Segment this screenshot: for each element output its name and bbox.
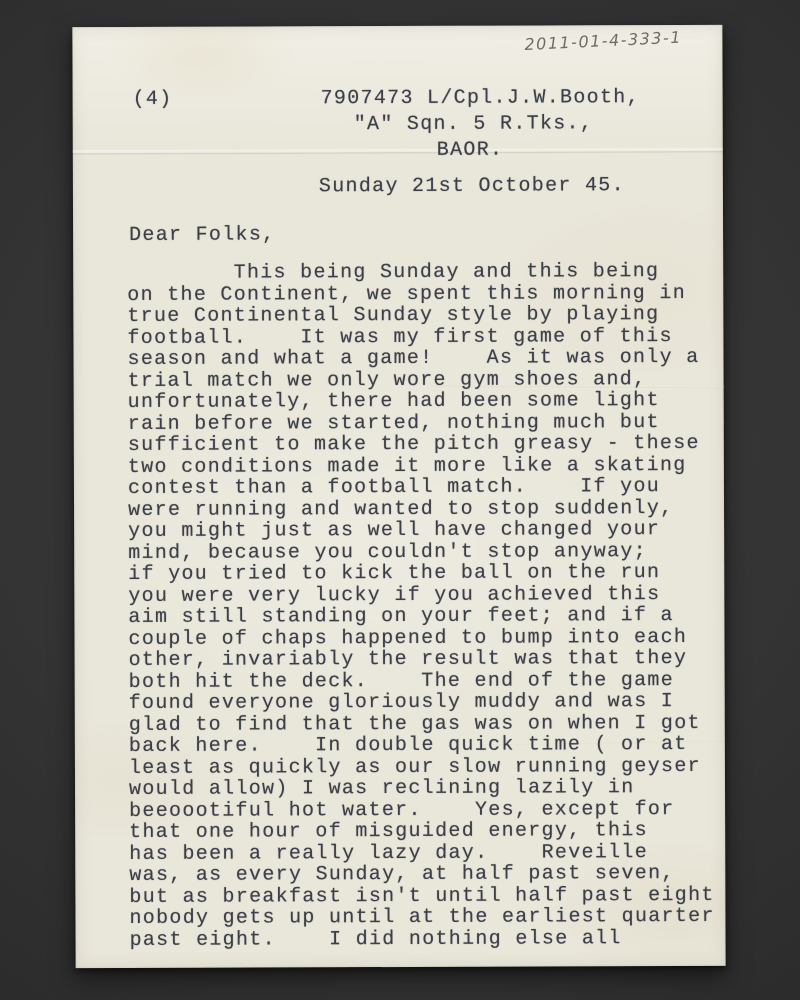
scanned-letter-background: 2011-01-4-333-1 (4) 7907473 L/Cpl.J.W.Bo… xyxy=(0,0,800,1000)
sender-unit-line: "A" Sqn. 5 R.Tks., xyxy=(354,113,594,135)
date-line: Sunday 21st October 45. xyxy=(319,175,625,198)
letter-body: This being Sunday and this being on the … xyxy=(127,261,715,951)
archive-reference-number: 2011-01-4-333-1 xyxy=(524,28,682,54)
letter-body-line: that one hour of misguided energy, this xyxy=(129,820,714,844)
letter-body-line: you might just as well have changed your xyxy=(128,519,713,543)
letter-body-line: nobody gets up until at the earliest qua… xyxy=(129,906,714,930)
letter-body-line: other, invariably the result was that th… xyxy=(129,648,714,672)
salutation: Dear Folks, xyxy=(129,224,275,246)
letter-page: 2011-01-4-333-1 (4) 7907473 L/Cpl.J.W.Bo… xyxy=(72,25,725,968)
letter-body-line: contest than a football match. If you xyxy=(128,476,713,500)
letter-body-line: This being Sunday and this being xyxy=(127,261,712,285)
letter-body-line: past eight. I did nothing else all xyxy=(130,927,715,951)
letter-body-line: aim still standing on your feet; and if … xyxy=(128,605,713,629)
letter-body-line: unfortunately, there had been some light xyxy=(128,390,713,414)
letter-body-line: season and what a game! As it was only a xyxy=(127,347,712,371)
letter-body-line: if you tried to kick the ball on the run xyxy=(128,562,713,586)
letter-body-line: true Continental Sunday style by playing xyxy=(127,304,712,328)
sender-service-number-line: 7907473 L/Cpl.J.W.Booth, xyxy=(321,87,640,110)
letter-body-line: would allow) I was reclining lazily in xyxy=(129,777,714,801)
letter-body-line: was, as every Sunday, at half past seven… xyxy=(129,863,714,887)
letter-body-line: found everyone gloriously muddy and was … xyxy=(129,691,714,715)
page-number: (4) xyxy=(133,89,173,111)
letter-body-line: sufficient to make the pitch greasy - th… xyxy=(128,433,713,457)
fold-crease xyxy=(73,148,723,155)
sender-location-line: BAOR. xyxy=(437,140,504,162)
letter-body-line: back here. In double quick time ( or at xyxy=(129,734,714,758)
